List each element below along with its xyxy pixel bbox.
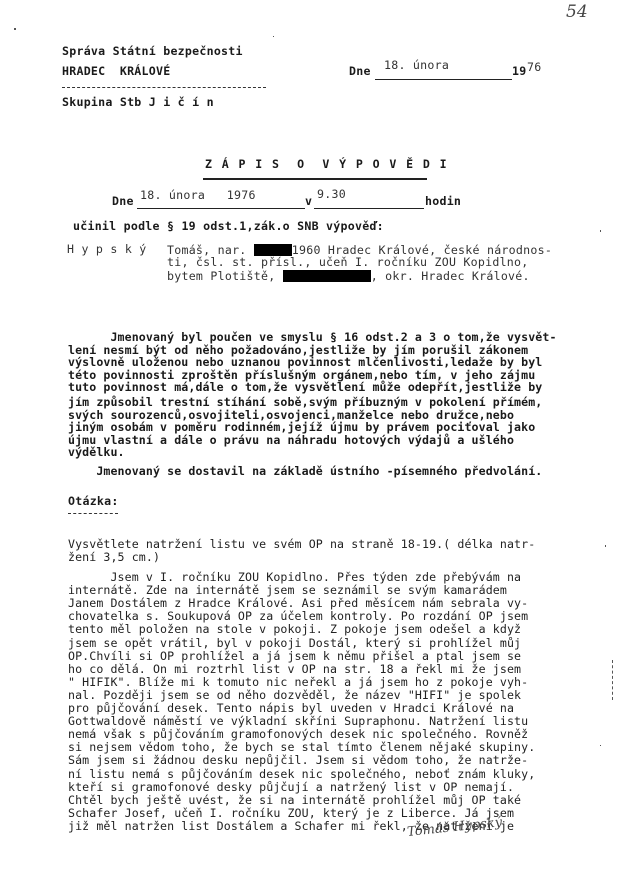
header-year-value: 76 — [527, 62, 541, 74]
question-label-underline — [68, 513, 118, 514]
answer-line: kteří si gramofonové desky půjčují a nat… — [68, 781, 608, 794]
header-year-prefix: 19 — [512, 66, 526, 78]
document-title: Z Á P I S O V Ý P O V Ě D I — [205, 159, 448, 171]
scan-edge-mark — [612, 660, 613, 700]
session-time-line — [314, 208, 424, 209]
answer-line: tento měl položen na stole v pokoji. Z p… — [68, 623, 608, 636]
instruction-line: jiným osobám v poměru rodinném,jejíž újm… — [68, 421, 608, 433]
org-name: Správa Státní bezpečnosti — [62, 46, 243, 58]
org-unit: Skupina Stb J i č í n — [62, 97, 214, 109]
header-date-label: Dne — [349, 66, 371, 78]
page-number: 54 — [566, 2, 588, 22]
scan-speck — [600, 230, 601, 232]
question-line: Vysvětlete natržení listu ve svém OP na … — [68, 538, 608, 550]
instruction-paragraph: Jmenovaný byl poučen ve smyslu § 16 odst… — [68, 319, 608, 471]
legal-basis-line: učinil podle § 19 odst.1,zák.o SNB výpov… — [73, 221, 384, 233]
scan-speck — [605, 545, 606, 547]
witness-district-text: , okr. Hradec Králové. — [371, 269, 530, 283]
instruction-line: Jmenovaný byl poučen ve smyslu § 16 odst… — [68, 331, 608, 343]
summons-line: Jmenovaný se dostavil na základě ústního… — [68, 465, 608, 477]
session-time-label: v — [305, 196, 312, 208]
answer-line: ní listu nemá s půjčováním desek nic spo… — [68, 768, 608, 781]
answer-line: OP.Chvíli si OP prohlížel a já jsem k ně… — [68, 650, 608, 663]
answer-text: Jsem v I. ročníku ZOU Kopidlno. Přes týd… — [68, 558, 608, 846]
org-city: HRADEC KRÁLOVÉ — [62, 66, 170, 78]
instruction-line: výdělku. — [68, 446, 608, 458]
answer-line: Chtěl bych ještě uvést, že si na interná… — [68, 794, 608, 807]
instruction-line: výslovně uloženou nebo uznanou povinnost… — [68, 356, 608, 368]
header-date-value: 18. února — [384, 60, 449, 72]
answer-line: ho co dělá. On mi roztrhl list v OP na s… — [68, 663, 608, 676]
witness-surname: H y p s k ý — [67, 244, 147, 256]
redaction-address — [283, 270, 371, 282]
header-date-line — [375, 78, 512, 80]
instruction-line: jím způsobil trestní stíhání sobě,svým p… — [68, 396, 608, 408]
title-underline — [203, 178, 427, 180]
header-divider — [62, 87, 266, 88]
question-label: Otázka: — [68, 496, 119, 508]
answer-line: Sám jsem si žádnou desku nepůjčil. Jsem … — [68, 754, 608, 767]
scan-speck — [600, 745, 601, 746]
scan-speck — [273, 36, 274, 37]
session-date-line — [137, 208, 305, 209]
answer-line: " HIFIK". Blíže mi k tomuto nic neřekl a… — [68, 676, 608, 689]
answer-line: již měl natržen list Dostálem a Schafer … — [68, 820, 608, 833]
answer-line: jsem se opět vrátil, byl v pokoji Dostál… — [68, 637, 608, 650]
witness-line-2: ti, čsl. st. přísl., učeň I. ročníku ZOU… — [167, 257, 529, 269]
witness-line-3: bytem Plotiště, , okr. Hradec Králové. — [167, 270, 530, 283]
instruction-line: újmu vlastní a dále o právu na náhradu h… — [68, 434, 608, 446]
session-hours-label: hodin — [425, 196, 461, 208]
instruction-line: tuto povinnost má,dále o tom,že vysvětle… — [68, 381, 608, 393]
answer-line: Schafer Josef, učeň I. ročníku ZOU, kter… — [68, 807, 608, 820]
session-date-label: Dne — [112, 196, 134, 208]
witness-residence-text: bytem Plotiště, — [167, 269, 283, 283]
scan-speck — [14, 28, 16, 30]
session-date-value: 18. února 1976 — [140, 190, 256, 202]
session-time-value: 9.30 — [317, 189, 346, 201]
